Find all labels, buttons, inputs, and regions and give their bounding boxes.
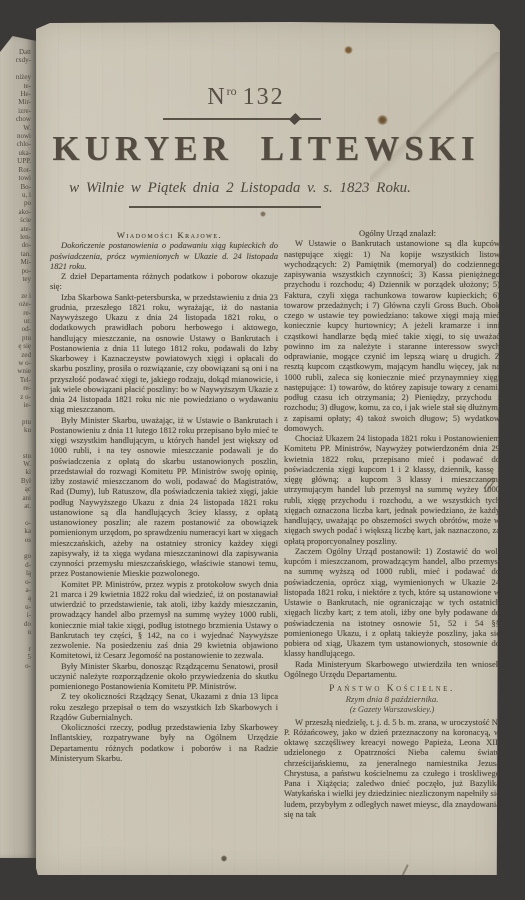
margin-fragment xyxy=(0,409,31,417)
margin-fragment xyxy=(0,65,31,73)
margin-fragment: u xyxy=(0,628,31,636)
margin-fragment: niżey xyxy=(0,73,31,81)
margin-fragment: do xyxy=(0,620,31,628)
margin-fragment: ptu xyxy=(0,334,31,342)
margin-fragment: at. xyxy=(0,502,31,510)
margin-fragment: Datt xyxy=(0,48,31,56)
church-section-body: W przeszłą niedzielę, t. j. d. 5 b. m. z… xyxy=(284,717,500,820)
margin-fragment: ur. xyxy=(0,317,31,325)
margin-fragment: o- xyxy=(0,578,31,586)
margin-fragment: w o- xyxy=(0,359,31,367)
margin-fragment: Mi- xyxy=(0,258,31,266)
margin-fragment: re- xyxy=(0,384,31,392)
margin-fragment: wnie xyxy=(0,367,31,375)
margin-fragment: Mir- xyxy=(0,98,31,106)
margin-fragment: go xyxy=(0,552,31,560)
margin-fragment: r xyxy=(0,645,31,653)
issue-number: Nro132 xyxy=(14,84,478,111)
body-paragraph: Okoliczności rzeczy, podług przedstawien… xyxy=(50,722,278,763)
margin-fragment: chow xyxy=(0,115,31,123)
margin-fragment: Rot- xyxy=(0,166,31,174)
margin-fragment: ku xyxy=(0,426,31,434)
margin-fragment: lą xyxy=(0,569,31,577)
margin-fragment: ate- xyxy=(0,225,31,233)
church-state-section-header: Państwo Kościelne. Rzym dnia 8 październ… xyxy=(284,684,500,715)
masthead: Nro132 KURYER LITEWSKI w Wilnie w Piątek… xyxy=(36,84,500,208)
ornament-rule xyxy=(163,118,321,120)
margin-fragment: izre- xyxy=(0,107,31,115)
margin-fragment: ąc xyxy=(0,485,31,493)
source-attribution: (z Gazety Warszawskiey.) xyxy=(284,705,500,715)
section-header-domestic-news: Wiadomości Krajowe. xyxy=(50,230,278,240)
margin-fragment: ki xyxy=(0,468,31,476)
margin-fragment: zed xyxy=(0,351,31,359)
margin-fragment: tey xyxy=(0,275,31,283)
section-header-papal-states: Państwo Kościelne. xyxy=(284,684,500,694)
margin-fragment: ę się xyxy=(0,342,31,350)
margin-text-fragments: Dattrxdy- niżeyte-He-Mir-izre-chowW.nowi… xyxy=(0,36,36,670)
margin-fragment: i- xyxy=(0,611,31,619)
body-paragraph: Były Minister Skarbu, uważając, iż w Ust… xyxy=(50,415,278,579)
body-paragraph: Były Minister Skarbu, donosząc Rządzącem… xyxy=(50,661,278,692)
left-column-body: Z dzieł Departamenta różnych podatkow i … xyxy=(50,271,278,763)
right-column-body: W Ustawie o Bankrutach ustanowione są dl… xyxy=(284,238,500,679)
margin-fragment: towi xyxy=(0,174,31,182)
margin-fragment: ą xyxy=(0,594,31,602)
margin-fragment: po xyxy=(0,199,31,207)
margin-fragment: ptu xyxy=(0,418,31,426)
masthead-bottom-rule xyxy=(129,206,321,208)
margin-fragment: u, i xyxy=(0,191,31,199)
issue-superscript: ro xyxy=(227,84,237,98)
margin-fragment: chlo- xyxy=(0,140,31,148)
body-paragraph: Z tey okoliczności Rządzący Senat, Ukaza… xyxy=(50,691,278,722)
margin-fragment: po- xyxy=(0,267,31,275)
margin-fragment: Tel- xyxy=(0,376,31,384)
margin-fragment: UPP. xyxy=(0,157,31,165)
margin-fragment: os xyxy=(0,536,31,544)
margin-fragment: o- xyxy=(0,519,31,527)
margin-fragment: ka xyxy=(0,527,31,535)
margin-fragment: nowi xyxy=(0,132,31,140)
margin-fragment: d- xyxy=(0,561,31,569)
margin-fragment: len- xyxy=(0,233,31,241)
margin-fragment: stu xyxy=(0,452,31,460)
margin-fragment xyxy=(0,435,31,443)
margin-fragment: ani xyxy=(0,494,31,502)
margin-fragment: W. xyxy=(0,124,31,132)
margin-fragment: tan. xyxy=(0,250,31,258)
paper-stain xyxy=(260,211,266,217)
margin-fragment: od- xyxy=(0,325,31,333)
adjacent-page-edge-strip: Dattrxdy- niżeyte-He-Mir-izre-chowW.nowi… xyxy=(0,36,36,858)
margin-fragment: a- xyxy=(0,586,31,594)
body-paragraph: W przeszłą niedzielę, t. j. d. 5 b. m. z… xyxy=(284,717,500,820)
margin-fragment: o- xyxy=(0,662,31,670)
body-paragraph: W Ustawie o Bankrutach ustanowione są dl… xyxy=(284,238,500,433)
margin-fragment: 5 xyxy=(0,653,31,661)
margin-fragment xyxy=(0,636,31,644)
diamond-ornament-icon xyxy=(289,112,301,124)
margin-fragment: te- xyxy=(0,82,31,90)
section-header-general-office: Ogólny Urząd znalazł: xyxy=(284,228,500,238)
paper-stain xyxy=(344,46,353,54)
left-column-lead: Dokończenie postanowienia o podawaniu xi… xyxy=(50,240,278,271)
left-column: Wiadomości Krajowe. Dokończenie postanow… xyxy=(50,230,278,763)
margin-fragment: do- xyxy=(0,241,31,249)
paper-stain xyxy=(221,855,227,862)
margin-fragment: He- xyxy=(0,90,31,98)
issue-prefix: N xyxy=(207,84,226,110)
body-paragraph: Komitet PP. Ministrów, przez wypis z pro… xyxy=(50,579,278,661)
margin-fragment: re- xyxy=(0,309,31,317)
issue-value: 132 xyxy=(243,84,285,110)
margin-fragment: uka- xyxy=(0,149,31,157)
body-paragraph: Rada Ministeryum Skarbowego utwierdziła … xyxy=(284,659,500,680)
newspaper-title: KURYER LITEWSKI xyxy=(34,129,498,169)
pen-slash-mark xyxy=(401,864,408,877)
margin-fragment xyxy=(0,510,31,518)
margin-fragment: ze i xyxy=(0,292,31,300)
masthead-dateline: w Wilnie w Piątek dnia 2 Listopada v. s.… xyxy=(8,180,472,197)
photograph-backdrop: { "masthead": { "issue_prefix": "N", "is… xyxy=(0,0,525,900)
margin-fragment: ie- xyxy=(0,401,31,409)
body-paragraph: Zaczem Ogólny Urząd postanowił: 1) Zosta… xyxy=(284,546,500,659)
newspaper-page: Nro132 KURYER LITEWSKI w Wilnie w Piątek… xyxy=(36,22,500,875)
margin-fragment: Był xyxy=(0,477,31,485)
margin-fragment: W. xyxy=(0,460,31,468)
margin-fragment: ście xyxy=(0,216,31,224)
body-paragraph: Z dzieł Departamenta różnych podatkow i … xyxy=(50,271,278,292)
body-paragraph: Chociaż Ukazem 24 listopada 1821 roku i … xyxy=(284,433,500,546)
rome-dateline: Rzym dnia 8 października. xyxy=(284,694,500,705)
margin-fragment: oże- xyxy=(0,300,31,308)
margin-fragment xyxy=(0,544,31,552)
margin-fragment: ako- xyxy=(0,208,31,216)
margin-fragment: rxdy- xyxy=(0,56,31,64)
margin-fragment: Bo- xyxy=(0,183,31,191)
margin-fragment xyxy=(0,443,31,451)
right-column: Ogólny Urząd znalazł: W Ustawie o Bankru… xyxy=(284,228,500,819)
margin-fragment xyxy=(0,283,31,291)
margin-fragment: z o- xyxy=(0,393,31,401)
body-paragraph: Izba Skarbowa Sankt-petersburska, w prze… xyxy=(50,292,278,415)
margin-fragment: u- xyxy=(0,603,31,611)
